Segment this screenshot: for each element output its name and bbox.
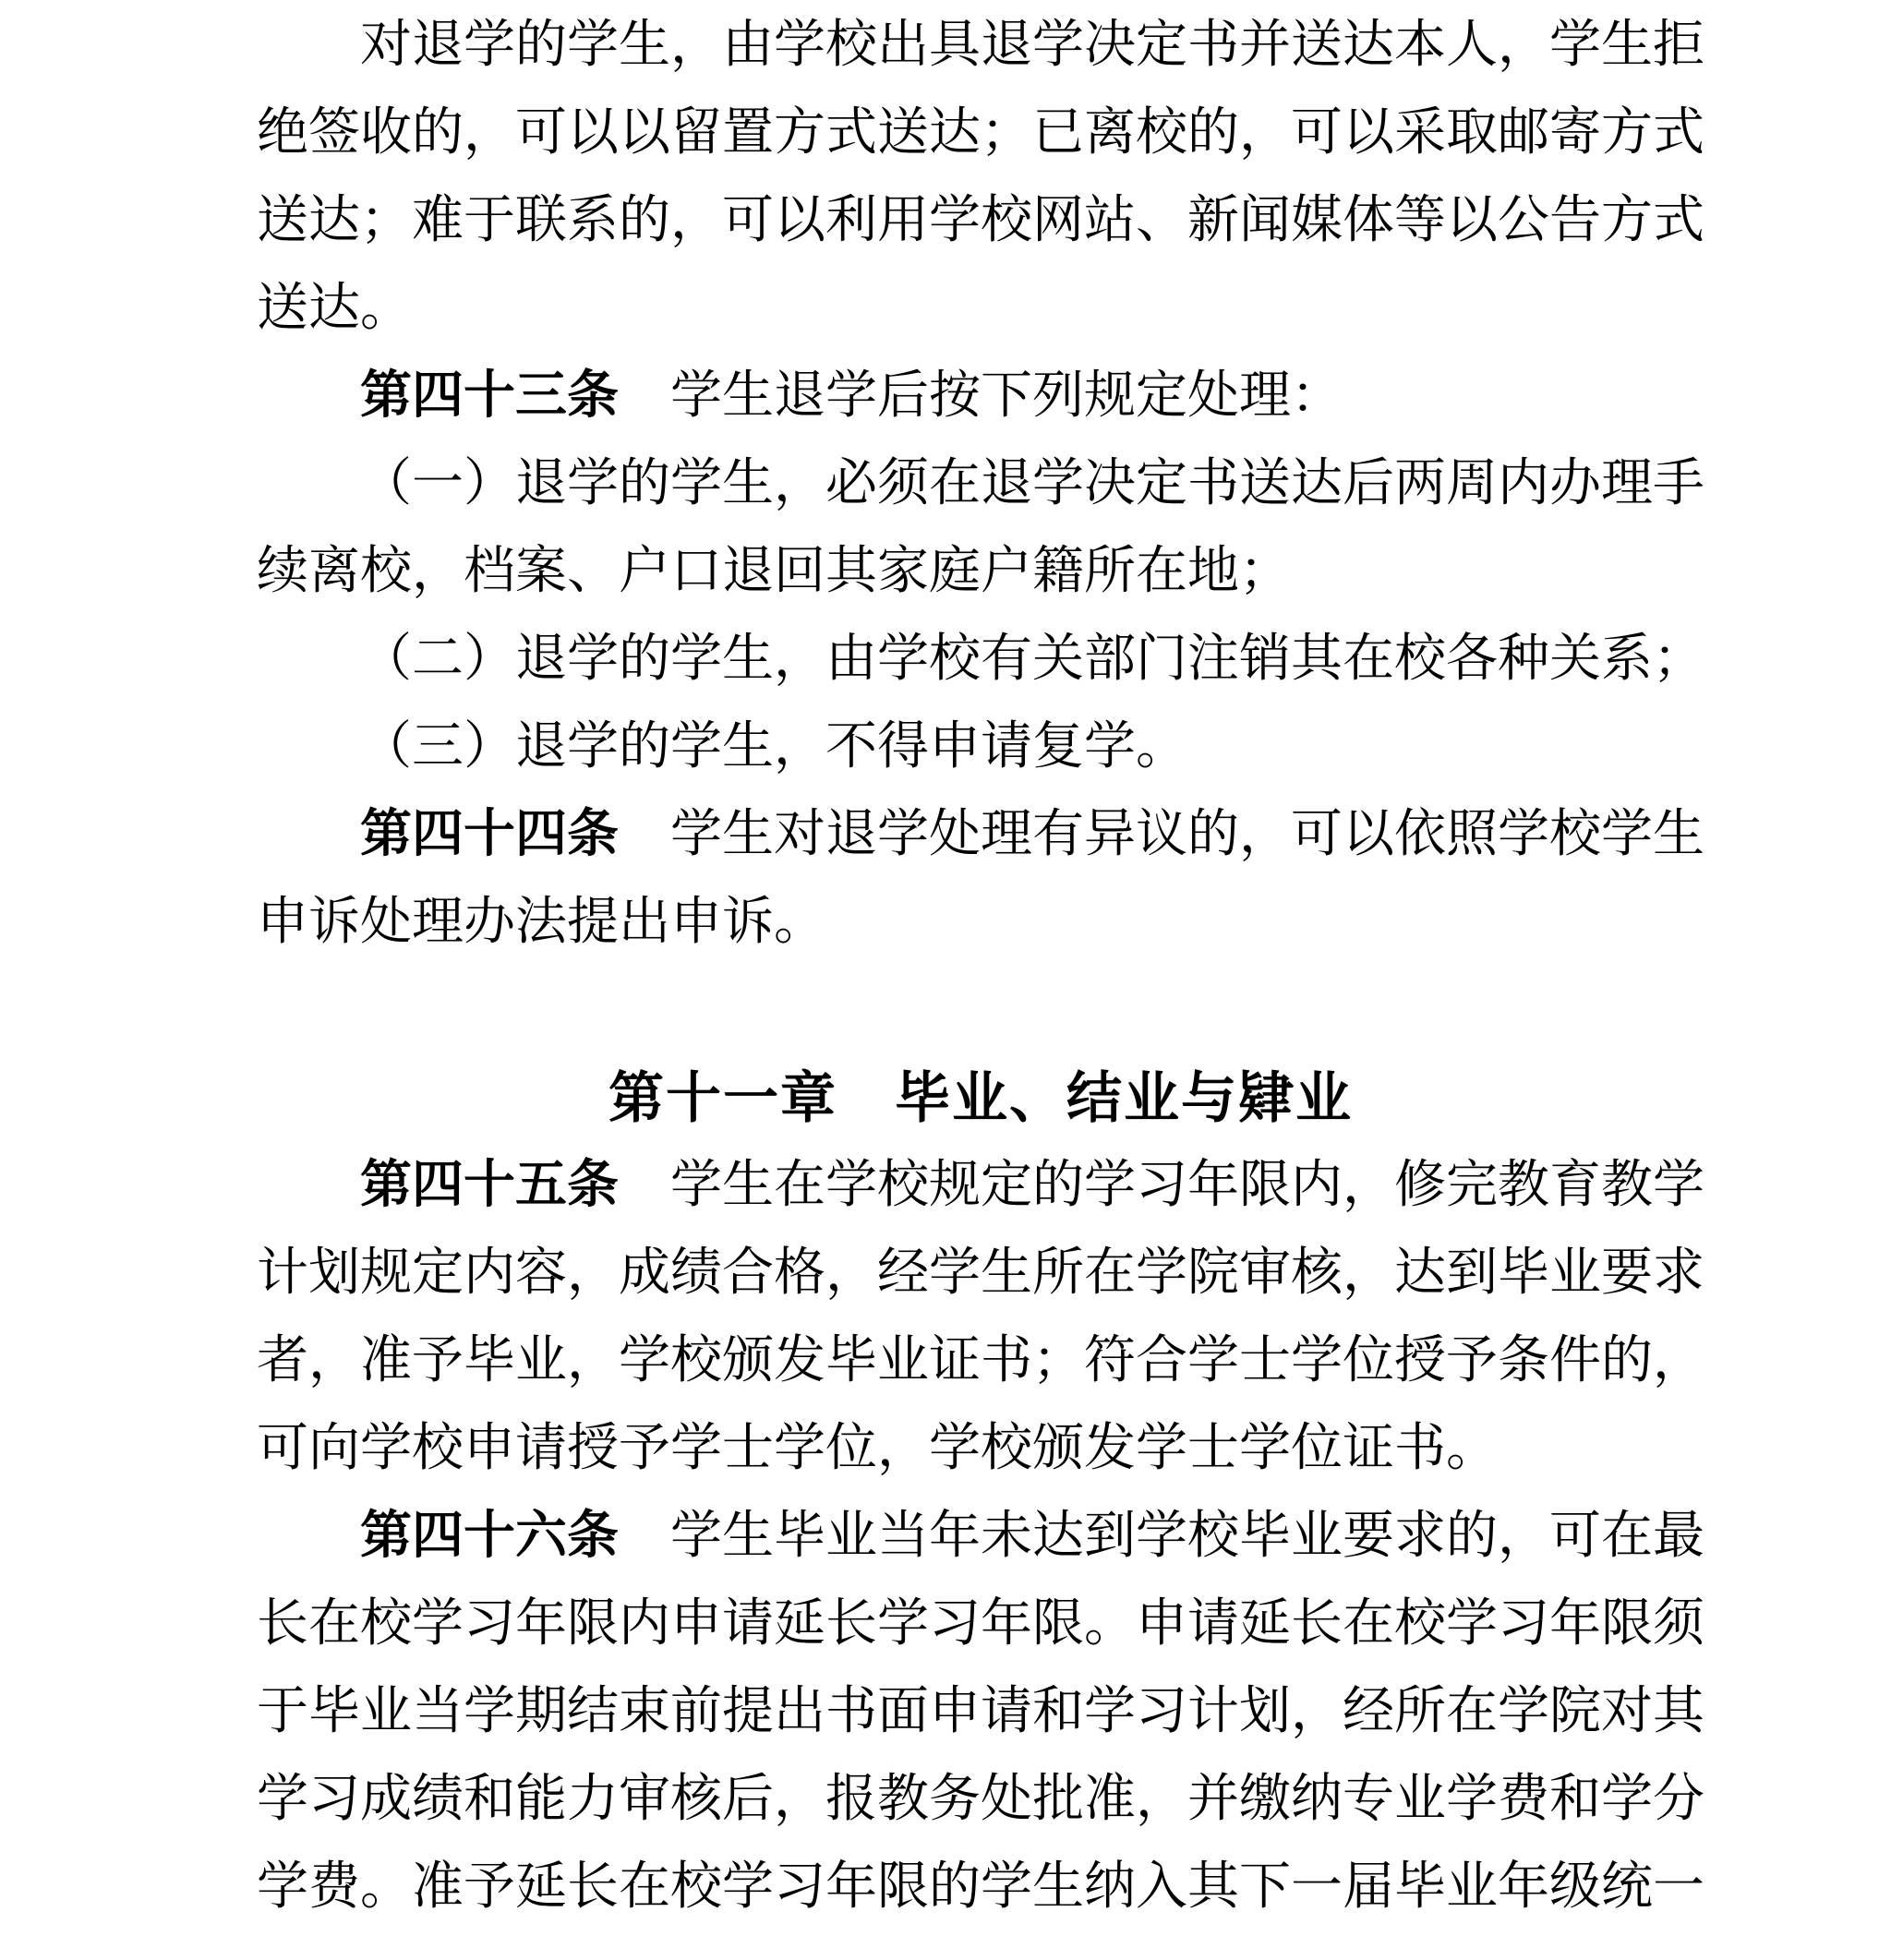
line-text: 第十一章 毕业、结业与肄业 bbox=[608, 1067, 1353, 1129]
line-text: 于毕业当学期结束前提出书面申请和学习计划，经所在学院对其 bbox=[257, 1683, 1704, 1740]
text-line: 可向学校申请授予学士学位，学校颁发学士学位证书。 bbox=[257, 1405, 1704, 1493]
text-line: 学费。准予延长在校学习年限的学生纳入其下一届毕业年级统一 bbox=[257, 1844, 1704, 1931]
text-line: 送达。 bbox=[257, 265, 1704, 353]
line-text: （三）退学的学生，不得申请复学。 bbox=[360, 718, 1187, 776]
line-text: 续离校，档案、户口退回其家庭户籍所在地； bbox=[257, 543, 1291, 600]
text-block: 对退学的学生，由学校出具退学决定书并送达本人，学生拒绝签收的，可以以留置方式送达… bbox=[257, 2, 1704, 1931]
text-line: 送达；难于联系的，可以利用学校网站、新闻媒体等以公告方式 bbox=[257, 177, 1704, 265]
article-number: 第四十三条 bbox=[360, 367, 619, 425]
line-text: 学生退学后按下列规定处理： bbox=[619, 367, 1343, 425]
line-text: 绝签收的，可以以留置方式送达；已离校的，可以采取邮寄方式 bbox=[257, 104, 1704, 162]
text-line: 第四十三条 学生退学后按下列规定处理： bbox=[257, 353, 1704, 440]
text-line: 绝签收的，可以以留置方式送达；已离校的，可以采取邮寄方式 bbox=[257, 90, 1704, 177]
line-text: （一）退学的学生，必须在退学决定书送达后两周内办理手 bbox=[360, 455, 1704, 512]
text-line: 者，准予毕业，学校颁发毕业证书；符合学士学位授予条件的， bbox=[257, 1317, 1704, 1405]
line-text: 计划规定内容，成绩合格，经学生所在学院审核，达到毕业要求 bbox=[257, 1245, 1704, 1302]
text-line: （二）退学的学生，由学校有关部门注销其在校各种关系； bbox=[257, 616, 1704, 703]
chapter-heading: 第十一章 毕业、结业与肄业 bbox=[257, 1054, 1704, 1142]
line-text: 送达。 bbox=[257, 280, 412, 337]
text-line: （一）退学的学生，必须在退学决定书送达后两周内办理手 bbox=[257, 440, 1704, 528]
article-number: 第四十五条 bbox=[360, 1157, 619, 1214]
text-line: 续离校，档案、户口退回其家庭户籍所在地； bbox=[257, 528, 1704, 616]
text-line: 第四十五条 学生在学校规定的学习年限内，修完教育教学 bbox=[257, 1142, 1704, 1230]
article-number: 第四十四条 bbox=[360, 806, 619, 863]
text-line: 学习成绩和能力审核后，报教务处批准，并缴纳专业学费和学分 bbox=[257, 1756, 1704, 1844]
text-line: 申诉处理办法提出申诉。 bbox=[257, 879, 1704, 967]
line-text: 送达；难于联系的，可以利用学校网站、新闻媒体等以公告方式 bbox=[257, 192, 1704, 249]
text-line: 长在校学习年限内申请延长学习年限。申请延长在校学习年限须 bbox=[257, 1581, 1704, 1668]
text-line: 对退学的学生，由学校出具退学决定书并送达本人，学生拒 bbox=[257, 2, 1704, 90]
line-text: 申诉处理办法提出申诉。 bbox=[257, 894, 825, 951]
line-text: 学生在学校规定的学习年限内，修完教育教学 bbox=[619, 1157, 1704, 1214]
document-page: 对退学的学生，由学校出具退学决定书并送达本人，学生拒绝签收的，可以以留置方式送达… bbox=[0, 0, 1891, 1960]
text-line: 第四十六条 学生毕业当年未达到学校毕业要求的，可在最 bbox=[257, 1493, 1704, 1581]
article-number: 第四十六条 bbox=[360, 1508, 619, 1565]
text-line: 计划规定内容，成绩合格，经学生所在学院审核，达到毕业要求 bbox=[257, 1230, 1704, 1317]
line-text: 者，准予毕业，学校颁发毕业证书；符合学士学位授予条件的， bbox=[257, 1332, 1704, 1389]
line-text: 学习成绩和能力审核后，报教务处批准，并缴纳专业学费和学分 bbox=[257, 1771, 1704, 1828]
line-text: （二）退学的学生，由学校有关部门注销其在校各种关系； bbox=[360, 631, 1704, 688]
text-line: 于毕业当学期结束前提出书面申请和学习计划，经所在学院对其 bbox=[257, 1668, 1704, 1756]
line-text: 长在校学习年限内申请延长学习年限。申请延长在校学习年限须 bbox=[257, 1595, 1704, 1653]
text-line: （三）退学的学生，不得申请复学。 bbox=[257, 703, 1704, 791]
line-text: 学生对退学处理有异议的，可以依照学校学生 bbox=[619, 806, 1704, 863]
text-line: 第四十四条 学生对退学处理有异议的，可以依照学校学生 bbox=[257, 791, 1704, 879]
line-text: 可向学校申请授予学士学位，学校颁发学士学位证书。 bbox=[257, 1420, 1498, 1477]
line-text: 学生毕业当年未达到学校毕业要求的，可在最 bbox=[619, 1508, 1704, 1565]
line-text: 对退学的学生，由学校出具退学决定书并送达本人，学生拒 bbox=[360, 17, 1704, 74]
blank-line bbox=[257, 967, 1704, 1054]
line-text: 学费。准予延长在校学习年限的学生纳入其下一届毕业年级统一 bbox=[257, 1858, 1704, 1916]
